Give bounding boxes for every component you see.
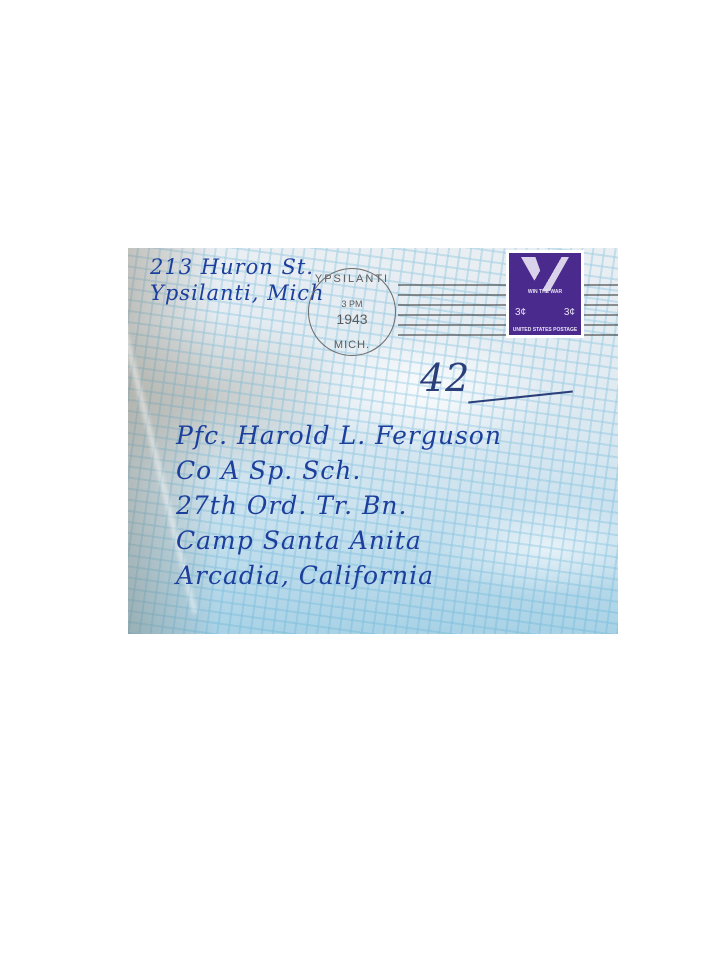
recipient-line: Camp Santa Anita: [176, 523, 502, 558]
postmark: YPSILANTI 3 PM 1943 MICH.: [308, 268, 396, 356]
stamp-denomination: 3¢: [515, 307, 526, 318]
stamp-motto: WIN THE WAR: [509, 289, 581, 295]
return-address-line: 213 Huron St.: [150, 254, 325, 280]
envelope: 213 Huron St. Ypsilanti, Mich YPSILANTI …: [128, 248, 618, 634]
return-address-line: Ypsilanti, Mich: [150, 280, 325, 306]
postmark-year: 1943: [309, 311, 395, 327]
eagle-wings-icon: [521, 257, 569, 291]
handwritten-number: 42: [420, 356, 470, 400]
return-address: 213 Huron St. Ypsilanti, Mich: [150, 254, 325, 306]
stamp-face: WIN THE WAR 3¢ 3¢ UNITED STATES POSTAGE: [509, 253, 581, 335]
postmark-time: 3 PM: [309, 299, 395, 309]
recipient-line: Pfc. Harold L. Ferguson: [176, 418, 502, 453]
stamp-denomination: 3¢: [564, 307, 575, 318]
recipient-line: Arcadia, California: [176, 558, 502, 593]
recipient-line: Co A Sp. Sch.: [176, 453, 502, 488]
recipient-address: Pfc. Harold L. Ferguson Co A Sp. Sch. 27…: [176, 418, 502, 593]
postmark-state: MICH.: [309, 339, 395, 351]
postmark-city: YPSILANTI: [309, 273, 395, 285]
stamp-footer: UNITED STATES POSTAGE: [509, 327, 581, 333]
postage-stamp: WIN THE WAR 3¢ 3¢ UNITED STATES POSTAGE: [506, 250, 584, 338]
recipient-line: 27th Ord. Tr. Bn.: [176, 488, 502, 523]
